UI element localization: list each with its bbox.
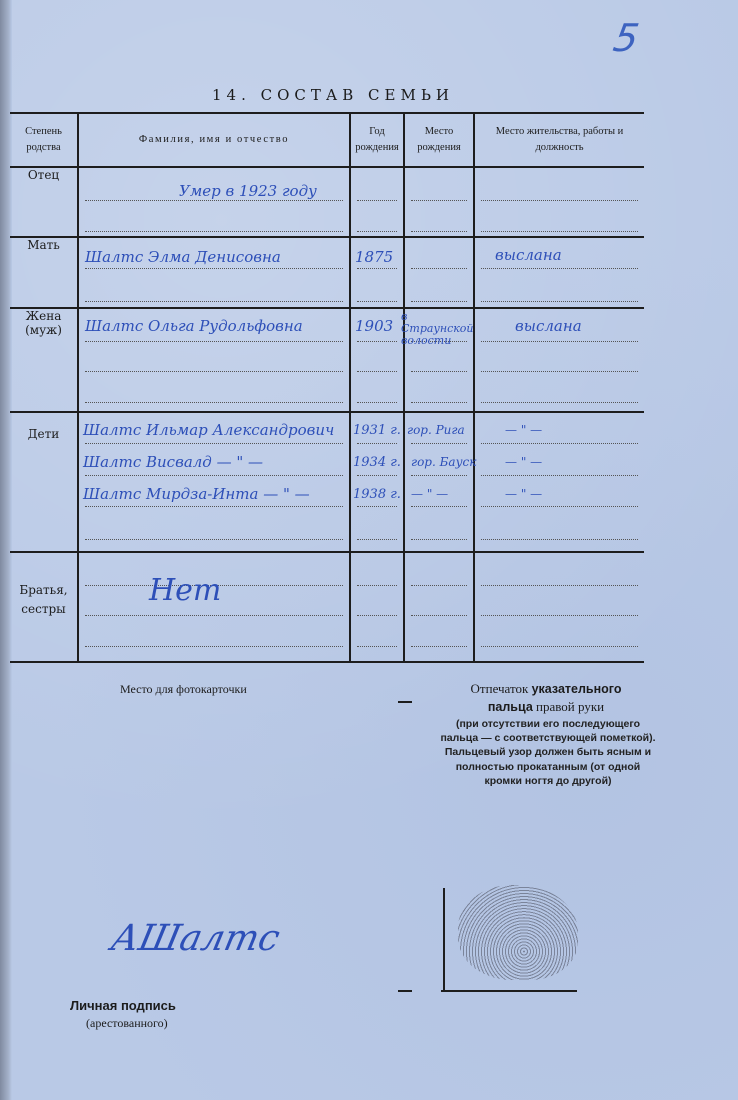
fingerprint-frame-line <box>441 990 577 992</box>
table-header-row: Степень родства Фамилия, имя и отчество … <box>10 113 644 167</box>
relation-label: Жена (муж) <box>10 308 78 412</box>
table-row-wife: Жена (муж) Шалтс Ольга Рудольфовна 1903 … <box>10 308 644 412</box>
handwritten-year: 1875 <box>355 248 393 266</box>
handwritten-year: 1903 <box>355 317 393 335</box>
handwritten-name: Шалтс Висвалд — " — <box>83 453 263 471</box>
table-row-children: Дети Шалтс Ильмар Александрович Шалтс Ви… <box>10 412 644 552</box>
name-cell: Умер в 1923 году <box>78 167 350 237</box>
relation-label: Отец <box>10 167 78 237</box>
photo-area-corner-mark <box>398 701 412 703</box>
handwritten-birthplace: — " — <box>411 487 448 501</box>
handwritten-birthplace: гор. Бауск <box>411 455 476 469</box>
family-composition-table: Степень родства Фамилия, имя и отчество … <box>10 112 644 663</box>
header-birthplace: Место рождения <box>404 113 474 167</box>
header-full-name: Фамилия, имя и отчество <box>78 113 350 167</box>
handwritten-signature: АШалтс <box>108 918 284 959</box>
handwritten-residence: — " — <box>505 487 542 501</box>
handwritten-residence: выслана <box>495 246 562 264</box>
relation-label: Братья, сестры <box>10 552 78 662</box>
header-residence-work: Место жительства, работы и должность <box>474 113 644 167</box>
fingerprint-instructions: (при отсутствии его последующего пальца … <box>438 717 658 788</box>
name-cell: Шалтс Элма Денисовна <box>78 237 350 308</box>
name-cell: Шалтс Ольга Рудольфовна <box>78 308 350 412</box>
photo-area-label: Место для фотокарточки <box>120 682 247 697</box>
handwritten-name: Шалтс Мирдза-Инта — " — <box>83 485 310 503</box>
header-birth-year: Год рождения <box>350 113 404 167</box>
section-title: 14. СОСТАВ СЕМЬИ <box>212 86 454 104</box>
handwritten-name: Шалтс Ольга Рудольфовна <box>85 317 303 335</box>
fingerprint-impression <box>458 885 578 980</box>
handwritten-name: Шалтс Ильмар Александрович <box>83 421 334 439</box>
handwritten-birthplace: гор. Рига <box>407 423 465 437</box>
handwritten-name: Шалтс Элма Денисовна <box>85 248 281 266</box>
table-row-mother: Мать Шалтс Элма Денисовна 1875 выслана <box>10 237 644 308</box>
name-cell: Шалтс Ильмар Александрович Шалтс Висвалд… <box>78 412 350 552</box>
table-row-siblings: Братья, сестры Нет <box>10 552 644 662</box>
handwritten-year: 1931 г. <box>353 423 401 438</box>
handwritten-name: Нет <box>149 573 221 608</box>
handwritten-residence: — " — <box>505 423 542 437</box>
photo-area-corner-mark <box>398 990 412 992</box>
signature-sublabel: (арестованного) <box>86 1016 168 1031</box>
table-row-father: Отец Умер в 1923 году <box>10 167 644 237</box>
fingerprint-frame-line <box>443 888 445 992</box>
name-cell: Нет <box>78 552 350 662</box>
handwritten-year: 1938 г. <box>353 487 401 502</box>
handwritten-residence: — " — <box>505 455 542 469</box>
relation-label: Мать <box>10 237 78 308</box>
relation-label: Дети <box>10 412 78 552</box>
handwritten-year: 1934 г. <box>353 455 401 470</box>
fingerprint-title: Отпечаток указательного пальца правой ру… <box>436 680 656 716</box>
handwritten-birthplace: в Страунской волости <box>401 311 481 347</box>
handwritten-residence: выслана <box>515 317 582 335</box>
signature-label: Личная подпись <box>70 998 176 1013</box>
header-relation: Степень родства <box>10 113 78 167</box>
handwritten-name: Умер в 1923 году <box>179 182 317 200</box>
page-number: 5 <box>610 16 642 60</box>
